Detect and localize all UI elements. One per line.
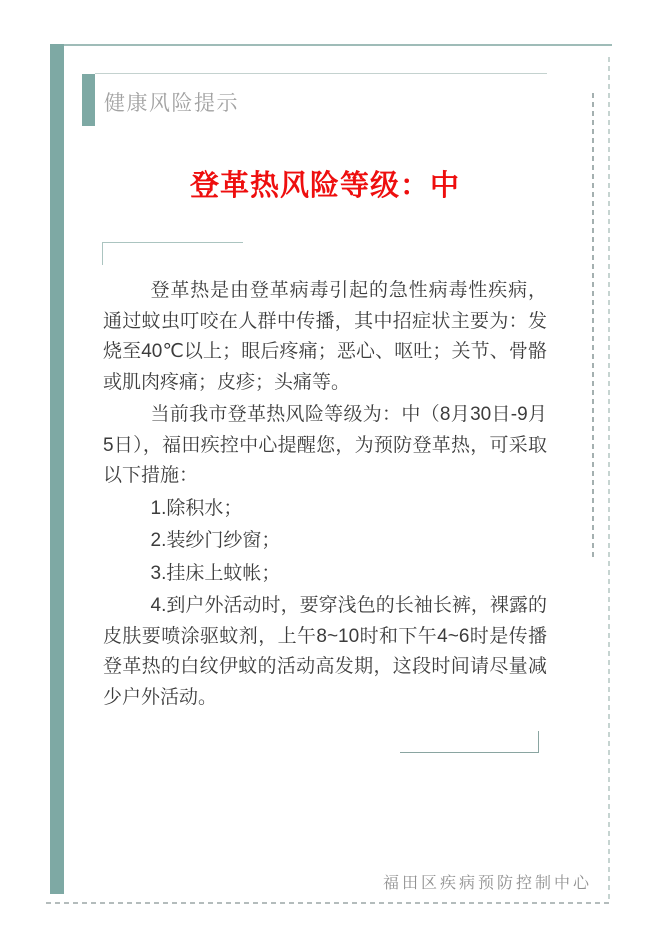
footer-signature: 福田区疾病预防控制中心: [383, 870, 592, 893]
measure-item-1: 1.除积水；: [103, 494, 547, 525]
header-accent-block: [82, 74, 95, 126]
measure-item-4: 4.到户外活动时，要穿浅色的长袖长裤，裸露的皮肤要喷涂驱蚊剂，上午8~10时和下…: [103, 591, 547, 713]
notice-risk-title: 登革热风险等级：中: [103, 163, 547, 204]
notice-page: 健康风险提示 登革热风险等级：中 登革热是由登革病毒引起的急性病毒性疾病，通过蚊…: [0, 0, 660, 952]
right-dashed-border-outer: [608, 57, 610, 903]
corner-bracket-bottom-right: [400, 731, 539, 753]
right-dashed-border-inner: [592, 93, 594, 560]
left-accent-bar: [50, 44, 64, 894]
paragraph-disease-intro: 登革热是由登革病毒引起的急性病毒性疾病，通过蚊虫叮咬在人群中传播，其中招症状主要…: [103, 276, 547, 398]
page-header-title: 健康风险提示: [104, 87, 239, 117]
measure-item-2: 2.装纱门纱窗；: [103, 526, 547, 557]
notice-body: 登革热是由登革病毒引起的急性病毒性疾病，通过蚊虫叮咬在人群中传播，其中招症状主要…: [103, 276, 547, 715]
header-underline-rule: [95, 73, 547, 74]
bottom-dashed-border: [46, 902, 612, 904]
paragraph-risk-level: 当前我市登革热风险等级为：中（8月30日-9月5日），福田疾控中心提醒您，为预防…: [103, 400, 547, 492]
top-rule: [64, 44, 612, 46]
corner-bracket-top-left: [102, 242, 243, 265]
measure-item-3: 3.挂床上蚊帐；: [103, 559, 547, 590]
